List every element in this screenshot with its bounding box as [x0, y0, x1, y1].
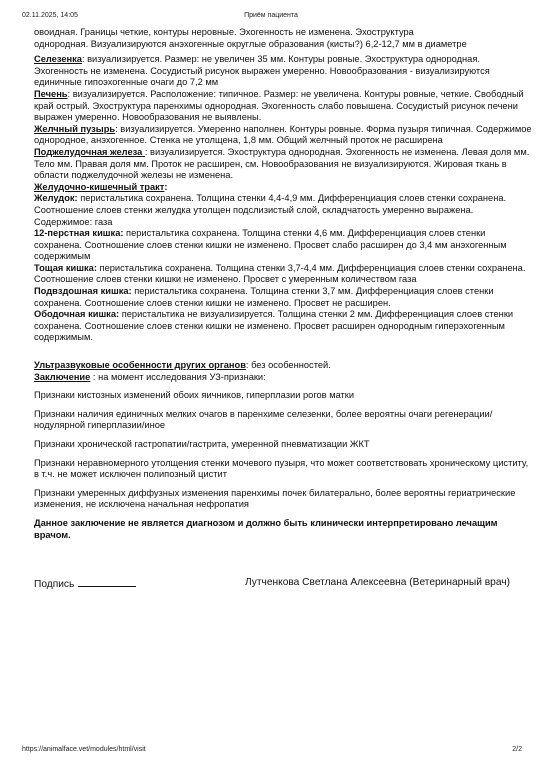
- section-text: : визуализируется. Размер: не увеличен 3…: [34, 54, 490, 87]
- conclusion-item: Признаки хронической гастропатии/гастрит…: [34, 439, 534, 451]
- conclusion-item: Признаки наличия единичных мелких очагов…: [34, 409, 534, 432]
- signature-field: Подпись: [34, 577, 136, 590]
- section-text: : на момент исследования УЗ-признаки:: [90, 372, 265, 382]
- section-ileum: Подвздошная кишка: перистальтика сохране…: [34, 286, 534, 309]
- section-text: :: [164, 182, 167, 192]
- conclusion-item: Признаки неравномерного утолщения стенки…: [34, 458, 534, 481]
- section-conclusion: Заключение : на момент исследования УЗ-п…: [34, 372, 534, 384]
- signature-line: [78, 577, 136, 587]
- section-text: : визуализируется. Расположение: типично…: [34, 89, 524, 122]
- disclaimer: Данное заключение не является диагнозом …: [34, 518, 534, 541]
- section-liver: Печень: визуализируется. Расположение: т…: [34, 89, 534, 124]
- signature-label: Подпись: [34, 579, 74, 590]
- intro-line: овоидная. Границы четкие, контуры неровн…: [34, 27, 534, 39]
- section-colon: Ободочная кишка: перистальтика не визуал…: [34, 309, 534, 344]
- section-label: Подвздошная кишка:: [34, 286, 132, 296]
- section-label: Желудочно-кишечный тракт: [34, 182, 164, 192]
- section-stomach: Желудок: перистальтика сохранена. Толщин…: [34, 193, 534, 228]
- section-duodenum: 12-перстная кишка: перистальтика сохране…: [34, 228, 534, 263]
- section-label: Ободочная кишка:: [34, 309, 119, 319]
- page-url: https://animalface.vet/modules/html/visi…: [22, 746, 146, 753]
- print-title: Приём пациента: [0, 12, 542, 19]
- section-jejunum: Тощая кишка: перистальтика сохранена. То…: [34, 263, 534, 286]
- conclusion-item: Признаки умеренных диффузных изменения п…: [34, 488, 534, 511]
- section-gallbladder: Желчный пузырь: визуализируется. Умеренн…: [34, 124, 534, 147]
- section-spleen: Селезенка: визуализируется. Размер: не у…: [34, 54, 534, 89]
- section-label: Селезенка: [34, 54, 82, 64]
- section-text: перистальтика сохранена. Толщина стенки …: [34, 193, 506, 226]
- report-body: овоидная. Границы четкие, контуры неровн…: [34, 27, 534, 541]
- section-text: перистальтика сохранена. Толщина стенки …: [34, 263, 525, 285]
- section-label: Заключение: [34, 372, 90, 382]
- section-label: Поджелудочная железа: [34, 147, 145, 157]
- conclusion-item: Признаки кистозных изменений обоих яични…: [34, 390, 534, 402]
- section-label: Печень: [34, 89, 68, 99]
- page-number: 2/2: [512, 746, 522, 753]
- section-text: : без особенностей.: [246, 360, 331, 370]
- section-label: Тощая кишка:: [34, 263, 97, 273]
- intro-line: однородная. Визуализируются анэхогенные …: [34, 39, 534, 51]
- section-label: Ультразвуковые особенности других органо…: [34, 360, 246, 370]
- section-git: Желудочно-кишечный тракт:: [34, 182, 534, 194]
- signature-row: Подпись Лутченкова Светлана Алексеевна (…: [34, 577, 510, 590]
- section-label: 12-перстная кишка:: [34, 228, 123, 238]
- section-label: Желудок:: [34, 193, 78, 203]
- section-other-organs: Ультразвуковые особенности других органо…: [34, 360, 534, 372]
- doctor-name: Лутченкова Светлана Алексеевна (Ветерина…: [245, 577, 510, 590]
- conclusion-list: Признаки кистозных изменений обоих яични…: [34, 390, 534, 511]
- section-pancreas: Поджелудочная железа : визуализируется. …: [34, 147, 534, 182]
- section-label: Желчный пузырь: [34, 124, 115, 134]
